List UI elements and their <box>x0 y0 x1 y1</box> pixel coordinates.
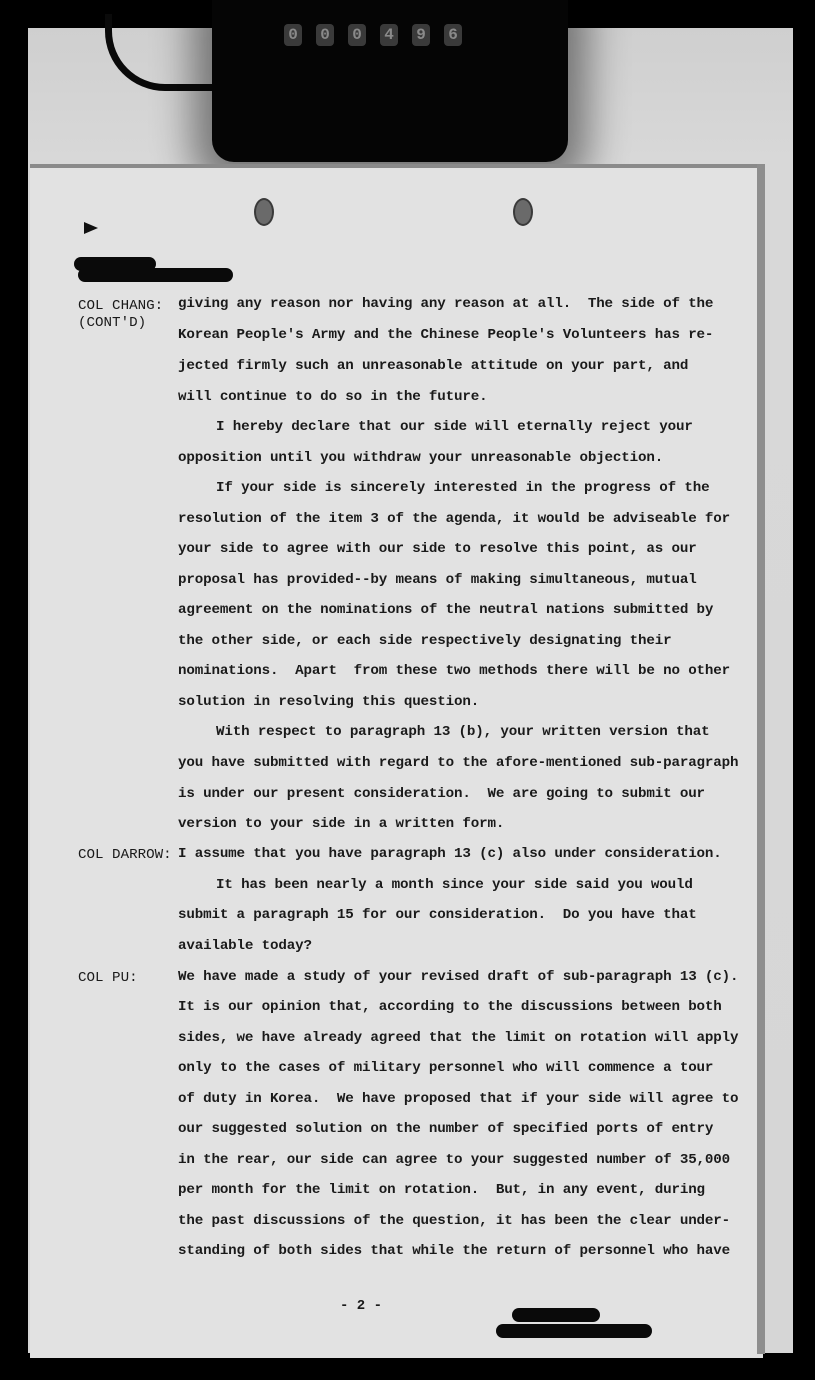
speaker-label-col-chang: COL CHANG: <box>78 298 163 315</box>
text-line: It has been nearly a month since your si… <box>216 877 693 893</box>
redacted-classification-bottom-underline <box>496 1324 652 1338</box>
text-line: I hereby declare that our side will eter… <box>216 419 693 435</box>
text-line: only to the cases of military personnel … <box>178 1060 713 1076</box>
counter-digit: 0 <box>316 24 334 46</box>
text-line: will continue to do so in the future. <box>178 389 487 405</box>
redacted-classification-bottom <box>512 1308 600 1322</box>
text-line: standing of both sides that while the re… <box>178 1243 730 1259</box>
page-number: - 2 - <box>340 1298 382 1314</box>
text-line: opposition until you withdraw your unrea… <box>178 450 663 466</box>
text-line: submit a paragraph 15 for our considerat… <box>178 907 697 923</box>
text-line: the other side, or each side respectivel… <box>178 633 671 649</box>
text-line: your side to agree with our side to reso… <box>178 541 697 557</box>
frame-marker-arrow-icon <box>84 222 98 234</box>
counter-digit: 4 <box>380 24 398 46</box>
counter-digit: 0 <box>284 24 302 46</box>
text-line: in the rear, our side can agree to your … <box>178 1152 730 1168</box>
text-line: you have submitted with regard to the af… <box>178 755 738 771</box>
text-line: is under our present consideration. We a… <box>178 786 705 802</box>
redacted-classification-top-underline <box>78 268 233 282</box>
text-line: agreement on the nominations of the neut… <box>178 602 713 618</box>
text-line: sides, we have already agreed that the l… <box>178 1030 738 1046</box>
text-line: Korean People's Army and the Chinese Peo… <box>178 327 713 343</box>
text-line: proposal has provided--by means of makin… <box>178 572 697 588</box>
text-line: of duty in Korea. We have proposed that … <box>178 1091 738 1107</box>
text-line: giving any reason nor having any reason … <box>178 296 713 312</box>
text-line: jected firmly such an unreasonable attit… <box>178 358 688 374</box>
text-line: version to your side in a written form. <box>178 816 504 832</box>
text-line: the past discussions of the question, it… <box>178 1213 730 1229</box>
punch-hole-icon <box>513 198 533 226</box>
text-line: We have made a study of your revised dra… <box>178 969 738 985</box>
speaker-label-col-pu: COL PU: <box>78 970 138 987</box>
text-line: nominations. Apart from these two method… <box>178 663 730 679</box>
text-line: solution in resolving this question. <box>178 694 479 710</box>
text-line: With respect to paragraph 13 (b), your w… <box>216 724 709 740</box>
text-line: resolution of the item 3 of the agenda, … <box>178 511 730 527</box>
text-line: If your side is sincerely interested in … <box>216 480 709 496</box>
text-line: It is our opinion that, according to the… <box>178 999 722 1015</box>
text-line: available today? <box>178 938 312 954</box>
counter-digit: 0 <box>348 24 366 46</box>
counter-digit: 9 <box>412 24 430 46</box>
text-line: per month for the limit on rotation. But… <box>178 1182 705 1198</box>
frame-counter: 0 0 0 4 9 6 <box>284 24 462 46</box>
text-line: I assume that you have paragraph 13 (c) … <box>178 846 722 862</box>
punch-hole-icon <box>254 198 274 226</box>
text-line: our suggested solution on the number of … <box>178 1121 713 1137</box>
speaker-label-col-darrow: COL DARROW: <box>78 847 172 864</box>
speaker-continued: (CONT'D) <box>78 315 146 332</box>
page-edge <box>757 164 765 1354</box>
counter-digit: 6 <box>444 24 462 46</box>
